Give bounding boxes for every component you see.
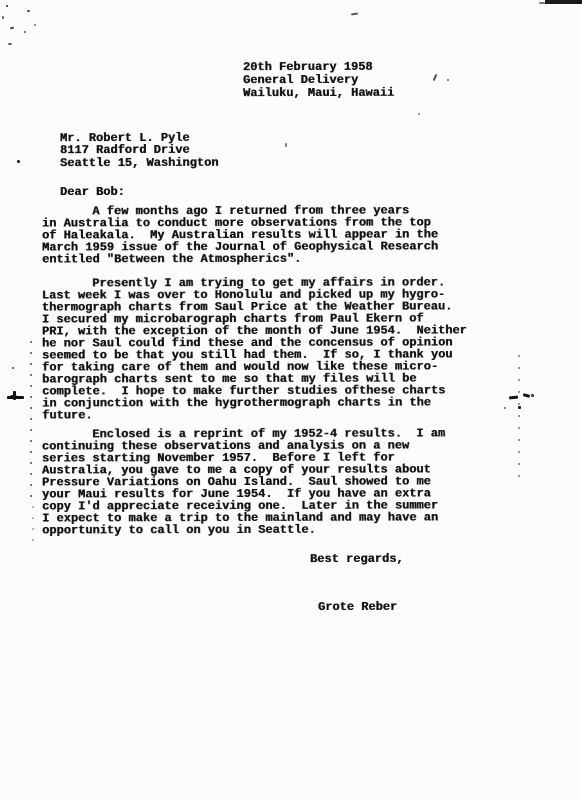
scan-speckle (12, 367, 14, 369)
scan-speckle (285, 143, 287, 147)
scan-speckle (351, 13, 358, 15)
letter-closing: Best regards, (310, 553, 404, 565)
scanned-letter-page: 20th February 1958 General Delivery Wail… (0, 0, 582, 800)
scan-speckle (509, 396, 518, 399)
scan-speckle-trail (30, 341, 32, 506)
scan-speckle (16, 159, 20, 163)
scan-speckle (433, 74, 438, 81)
letter-salutation: Dear Bob: (60, 186, 125, 198)
scan-speckle (27, 10, 30, 12)
scan-speckle (531, 394, 534, 397)
scan-speckle (447, 79, 449, 81)
scan-speckle (6, 5, 8, 7)
scan-speckle (34, 24, 36, 26)
scan-speckle (518, 406, 521, 409)
letter-recipient-block: Mr. Robert L. Pyle 8117 Radford Drive Se… (60, 132, 219, 169)
scan-speckle-trail (518, 355, 520, 483)
letter-paragraph-1: A few months ago I returned from three y… (42, 204, 438, 265)
letter-signature: Grote Reber (318, 601, 397, 613)
letter-paragraph-3: Enclosed is a reprint of my 1952-4 resul… (42, 427, 446, 536)
letter-paragraph-2: Presently I am trying to get my affairs … (42, 276, 467, 421)
scan-speckle (523, 393, 530, 397)
scan-speckle (10, 27, 14, 29)
margin-cross-mark (7, 391, 25, 401)
scan-speckle (8, 43, 12, 45)
scan-corner-mark (545, 0, 582, 4)
scan-speckle (504, 407, 506, 409)
scan-speckle (539, 2, 545, 4)
scan-speckle (418, 113, 420, 115)
letter-date-address-block: 20th February 1958 General Delivery Wail… (243, 61, 394, 100)
scan-speckle (24, 31, 26, 33)
scan-speckle-trail (32, 506, 34, 546)
scan-speckle (2, 16, 4, 19)
